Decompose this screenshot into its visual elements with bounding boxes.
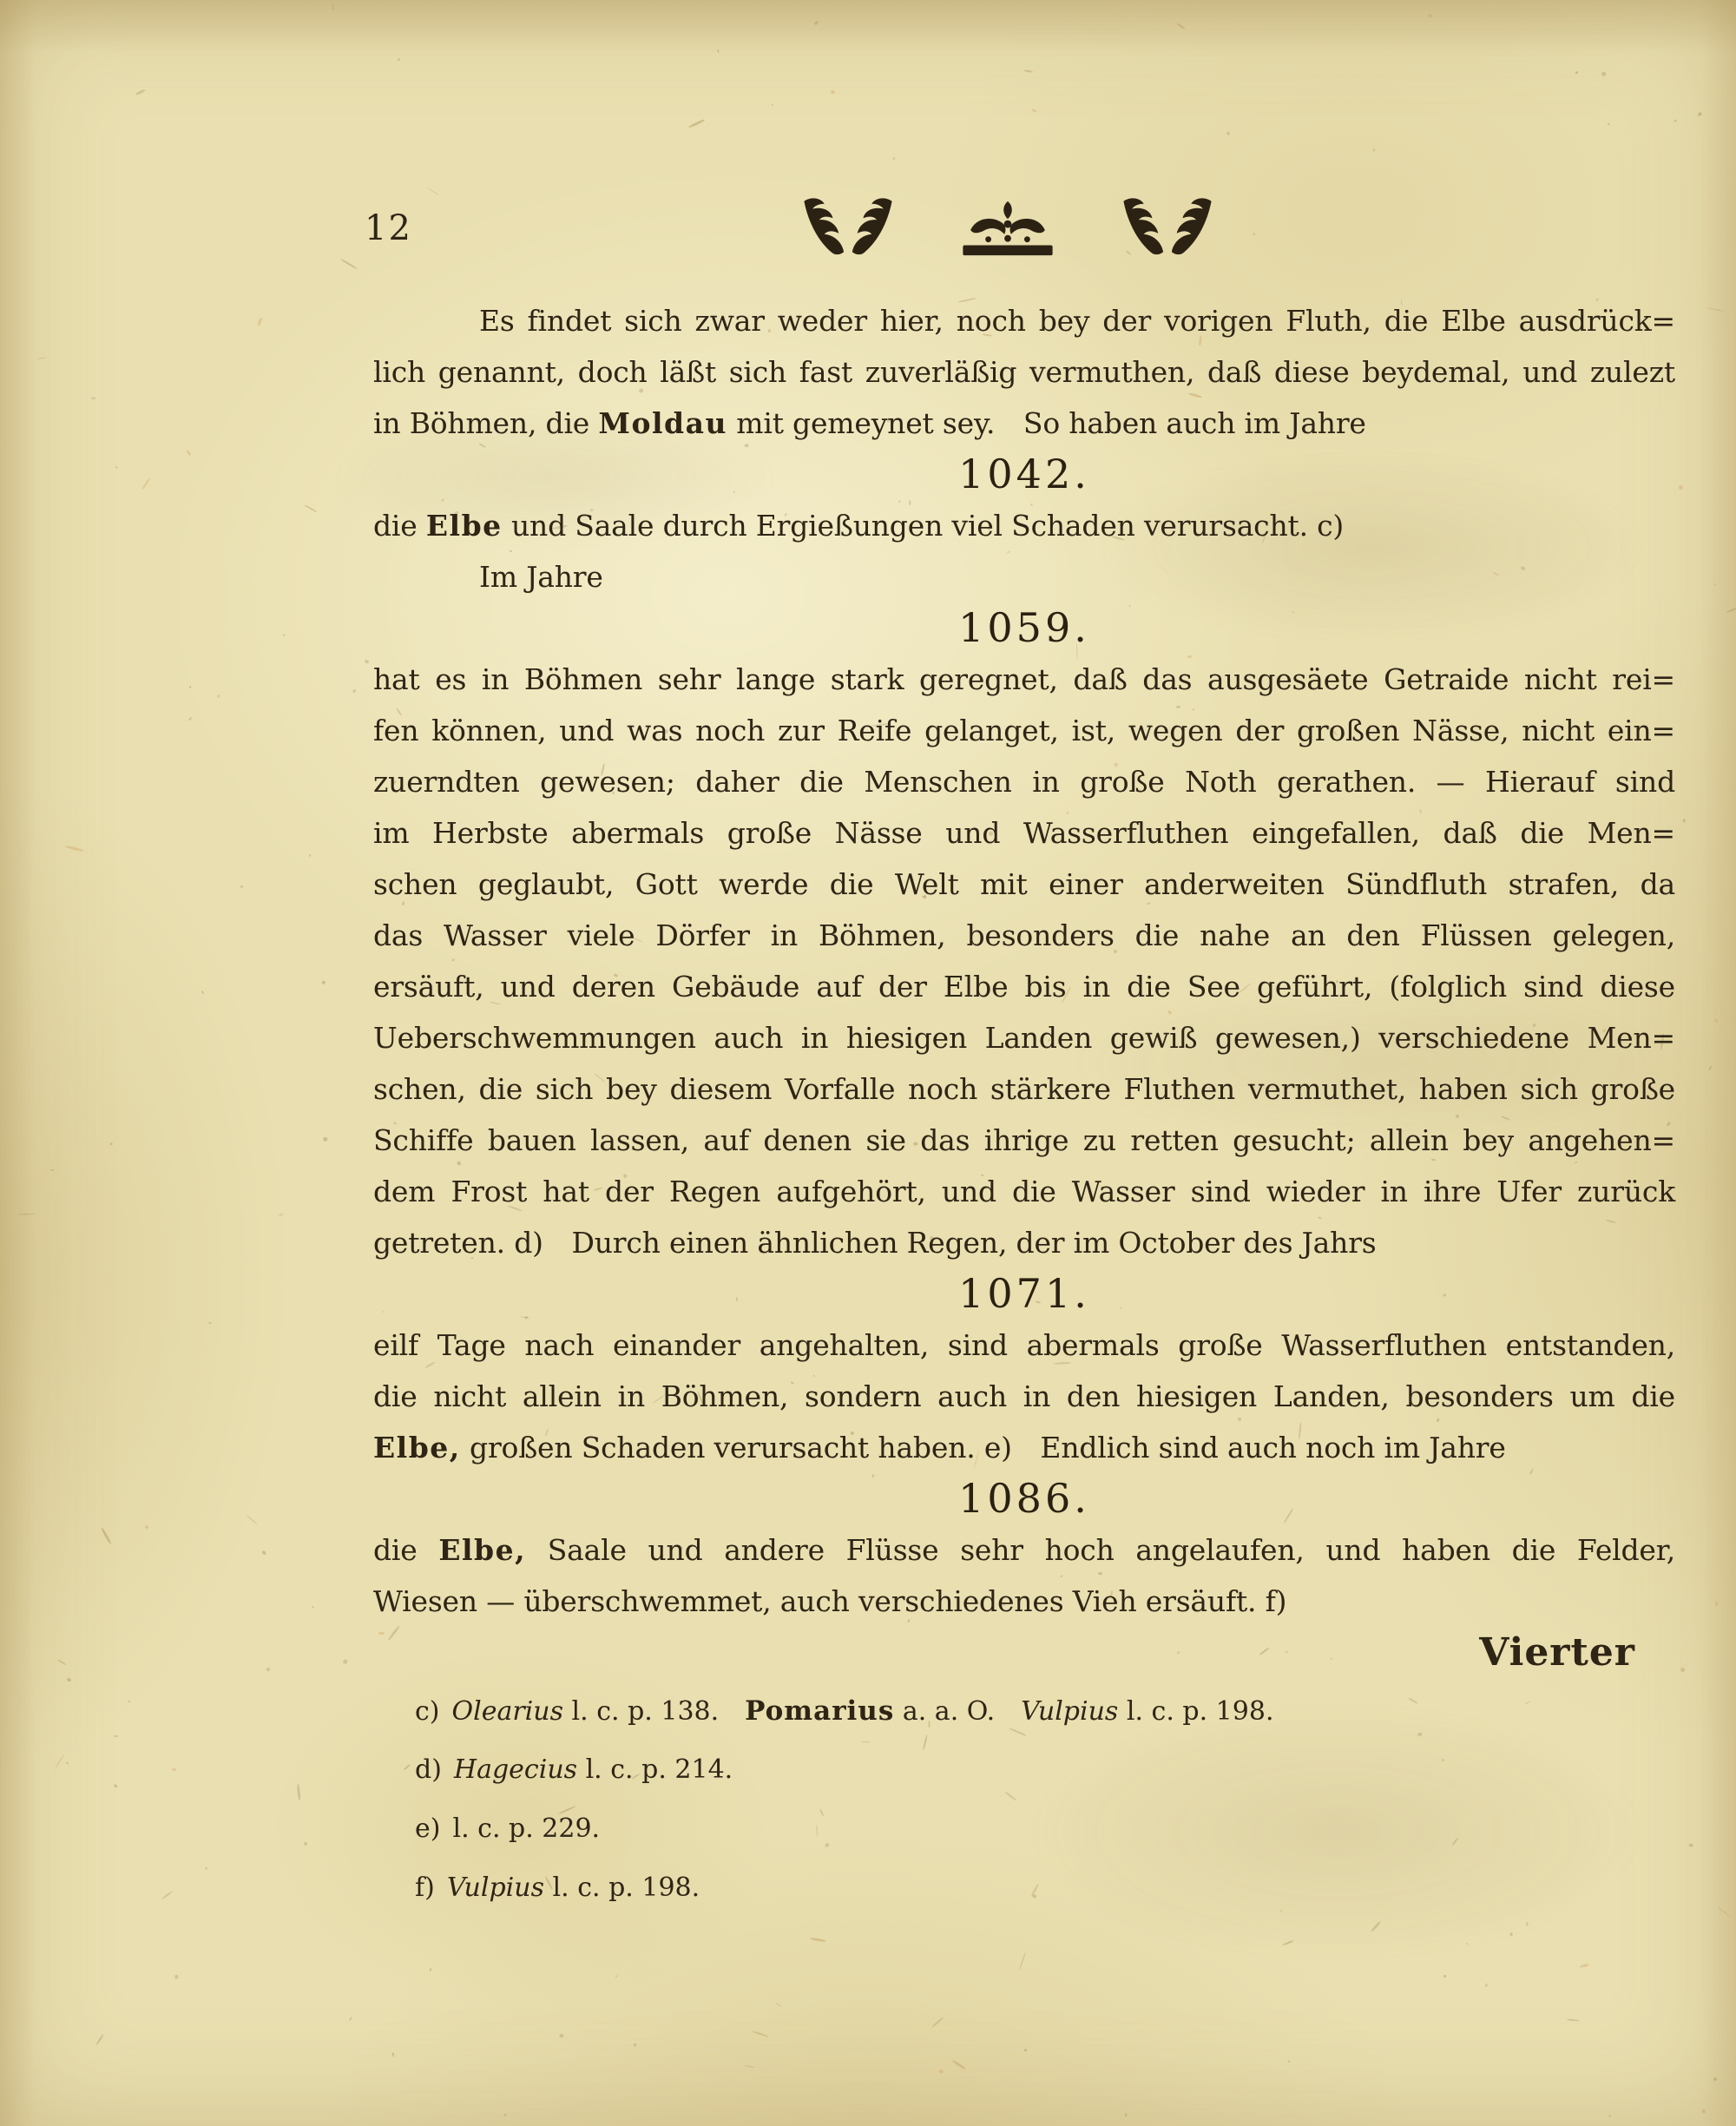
paper-fleck [892,157,894,160]
text-segment: die nicht allein in Böhmen, sondern auch… [373,1379,1675,1413]
paper-fleck [1032,109,1037,113]
text-segment: a. a. O. [894,1696,1021,1727]
text-segment: mit gemeynet sey. So haben auch im Jahre [727,406,1366,440]
paper-fleck [246,1515,257,1524]
paper-fleck [1371,1921,1381,1932]
text-segment: schen, die sich bey diesem Vorfalle noch… [373,1072,1675,1106]
text-segment: Elbe, [373,1431,461,1465]
paper-fleck [1018,1952,1025,1970]
paper-fleck [1287,2060,1291,2063]
paper-fleck [776,2002,782,2007]
year-heading: 1059. [373,602,1675,654]
paper-fleck [1702,2110,1706,2114]
paper-fleck [744,2065,755,2069]
paper-fleck [559,2034,563,2038]
paper-fleck [752,2031,768,2038]
paper-fleck [1466,1943,1469,1945]
paper-fleck [102,1528,113,1545]
paper-fleck [240,885,244,889]
paper-fleck [717,49,720,52]
paper-fleck [332,4,334,10]
paper-fleck [634,2044,638,2048]
text-segment: im Herbste abermals große Nässe und Wass… [373,816,1675,850]
text-segment: Es findet sich zwar weder hier, noch bey… [479,304,1675,338]
paper-fleck [135,89,146,95]
paper-fleck [1726,607,1736,613]
text-segment: Wiesen — überschwemmet, auch verschieden… [373,1584,1286,1618]
text-segment: Schiffe bauen lassen, auf denen sie das … [373,1123,1675,1157]
paper-fleck [1689,1844,1693,1847]
paper-fleck [266,1667,271,1671]
paper-fleck [174,1975,178,1979]
paper-fleck [304,1841,309,1846]
year-heading: 1071. [373,1268,1675,1320]
footnote-label: e) [415,1813,452,1844]
paper-fleck [831,89,836,94]
paper-fleck [952,2060,966,2070]
year-heading: 1086. [373,1473,1675,1524]
footnote-label: c) [415,1696,452,1727]
paper-fleck [1714,583,1717,586]
text-line: hat es in Böhmen sehr lange stark geregn… [373,654,1675,705]
footnote-label: d) [415,1754,454,1785]
text-segment: Vulpius [1021,1696,1118,1727]
footnote: e)l. c. p. 229. [415,1800,1675,1859]
paper-fleck [1607,123,1609,126]
paper-fleck [305,504,318,513]
text-segment: dem Frost hat der Regen aufgehört, und d… [373,1175,1675,1208]
paper-fleck [1707,307,1726,312]
paper-fleck [1226,131,1231,135]
paper-fleck [187,716,193,721]
fleuron-left-icon [797,196,899,259]
crown-ornament-icon [960,196,1055,260]
text-line: schen, die sich bey diesem Vorfalle noch… [373,1063,1675,1115]
paper-fleck [1608,2114,1612,2118]
paper-fleck [96,2034,104,2045]
text-line: die Elbe und Saale durch Ergießungen vie… [373,500,1675,551]
text-segment: Ueberschwemmungen auch in hiesigen Lande… [373,1021,1675,1055]
paper-fleck [201,991,204,995]
paper-fleck [309,854,311,857]
paper-fleck [1526,1921,1529,1925]
text-line: zuerndten gewesen; daher die Menschen in… [373,756,1675,807]
paper-fleck [340,259,358,270]
paper-fleck [141,477,151,490]
paper-fleck [1575,71,1579,75]
text-segment: fen können, und was noch zur Reife gelan… [373,714,1675,747]
text-segment: lich genannt, doch läßt sich fast zuverl… [373,355,1675,389]
text-line: lich genannt, doch läßt sich fast zuverl… [373,346,1675,398]
paper-fleck [282,634,286,636]
paper-fleck [1717,1906,1730,1917]
paper-fleck [938,2070,944,2075]
footnotes: c)Olearius l. c. p. 138. Pomarius a. a. … [373,1682,1675,1918]
text-segment: Hagecius [454,1754,577,1785]
paper-fleck [110,1142,114,1145]
text-segment: Vulpius [447,1873,544,1903]
paper-fleck [1372,148,1375,152]
text-line: ersäuft, und deren Gebäude auf der Elbe … [373,961,1675,1012]
paper-fleck [65,845,84,851]
text-segment: l. c. p. 138. [563,1696,745,1727]
paper-fleck [67,1678,72,1683]
text-line: in Böhmen, die Moldau mit gemeynet sey. … [373,398,1675,449]
paper-fleck [1713,2077,1718,2082]
footnote: c)Olearius l. c. p. 138. Pomarius a. a. … [415,1682,1675,1741]
text-line: Wiesen — überschwemmet, auch verschieden… [373,1576,1675,1627]
paper-fleck [1282,1940,1294,1946]
paper-fleck [322,1135,328,1142]
catchword: Vierter [373,1627,1675,1678]
text-line: dem Frost hat der Regen aufgehört, und d… [373,1166,1675,1217]
paper-fleck [186,450,191,456]
text-line: Ueberschwemmungen auch in hiesigen Lande… [373,1012,1675,1063]
text-segment: und Saale durch Ergießungen viel Schaden… [503,509,1344,543]
footnote: d)Hagecius l. c. p. 214. [415,1741,1675,1800]
paper-fleck [429,1968,431,1971]
text-segment: l. c. p. 214. [577,1754,733,1785]
paper-fleck [57,1659,67,1665]
text-line: eilf Tage nach einander angehalten, sind… [373,1320,1675,1371]
paper-fleck [128,1700,131,1702]
paper-fleck [1429,14,1433,18]
paper-fleck [1683,819,1686,823]
paper-fleck [205,1867,207,1870]
paper-fleck [1253,233,1255,234]
paper-fleck [814,21,819,26]
paper-fleck [114,1784,118,1788]
paper-fleck [1124,2113,1127,2117]
header-ornament [797,196,1219,264]
paper-fleck [1708,1065,1712,1070]
fleuron-right-icon [1116,196,1219,259]
paper-fleck [1601,71,1607,76]
text-segment: die [373,509,426,543]
text-line: schen geglaubt, Gott werde die Welt mit … [373,859,1675,910]
paper-fleck [1679,484,1685,490]
paper-fleck [771,103,773,106]
book-page: 12 Es [0,0,1736,2126]
text-line: Schiffe bauen lassen, auf denen sie das … [373,1115,1675,1166]
paper-fleck [115,465,118,469]
paper-fleck [503,2113,508,2116]
main-text: Es findet sich zwar weder hier, noch bey… [373,295,1675,1918]
text-segment: Elbe, [438,1533,526,1567]
paper-fleck [1714,1601,1719,1606]
text-segment: zuerndten gewesen; daher die Menschen in… [373,765,1675,799]
paper-fleck [426,188,439,195]
text-segment: ersäuft, und deren Gebäude auf der Elbe … [373,970,1675,1004]
text-segment: Olearius [452,1696,563,1727]
text-segment: hat es in Böhmen sehr lange stark geregn… [373,662,1675,696]
paper-fleck [50,1169,55,1172]
text-line: die nicht allein in Böhmen, sondern auch… [373,1371,1675,1422]
text-line: die Elbe, Saale und andere Flüsse sehr h… [373,1524,1675,1576]
text-segment: großen Schaden verursacht haben. e) Endl… [461,1431,1506,1465]
text-segment: l. c. p. 198. [544,1873,700,1903]
text-segment: die [373,1533,438,1567]
paper-fleck [1177,23,1186,30]
paper-fleck [54,1754,64,1769]
text-segment: schen geglaubt, Gott werde die Welt mit … [373,867,1675,901]
paper-fleck [364,659,369,664]
text-line: im Herbste abermals große Nässe und Wass… [373,807,1675,859]
paper-fleck [615,1975,618,1978]
paper-fleck [810,1938,826,1943]
text-segment: l. c. p. 198. [1118,1696,1273,1727]
paper-fleck [1567,2018,1579,2021]
paper-fleck [1714,1018,1719,1023]
text-line: Es findet sich zwar weder hier, noch bey… [373,295,1675,346]
footnote-label: f) [415,1873,447,1903]
text-segment: l. c. p. 229. [452,1813,600,1844]
text-segment: in Böhmen, die [373,406,598,440]
text-segment: das Wasser viele Dörfer in Böhmen, beson… [373,918,1675,952]
paper-fleck [36,357,46,359]
paper-fleck [1680,1667,1686,1673]
paper-fleck [261,1550,266,1556]
page-number: 12 [365,208,412,248]
paper-fleck [312,1605,314,1608]
paper-fleck [298,1784,301,1800]
paper-fleck [1023,69,1034,73]
paper-fleck [188,686,191,689]
paper-fleck [208,1321,213,1325]
paper-fleck [391,2052,394,2057]
paper-fleck [1674,120,1678,122]
text-segment: Pomarius [745,1695,894,1727]
paper-fleck [17,1214,34,1215]
year-heading: 1042. [373,449,1675,500]
paper-fleck [172,1768,176,1772]
text-line: das Wasser viele Dörfer in Böhmen, beson… [373,910,1675,961]
paper-fleck [217,694,220,698]
text-line: Elbe, großen Schaden verursacht haben. e… [373,1422,1675,1473]
paper-fleck [342,1659,348,1665]
text-segment: Moldau [598,406,727,440]
paper-fleck [1484,1984,1488,1988]
text-line: getreten. d) Durch einen ähnlichen Regen… [373,1217,1675,1268]
paper-fleck [279,1213,284,1217]
paper-fleck [931,2017,944,2028]
paper-fleck [1580,1964,1589,1968]
paper-fleck [1024,2048,1028,2051]
text-line: Im Jahre [373,551,1675,602]
footnote: f)Vulpius l. c. p. 198. [415,1859,1675,1918]
paper-fleck [65,1761,68,1764]
text-segment: getreten. d) Durch einen ähnlichen Regen… [373,1226,1377,1260]
paper-fleck [1510,1932,1513,1936]
paper-fleck [144,1524,149,1530]
paper-fleck [1697,111,1702,116]
text-segment: Im Jahre [479,560,603,594]
paper-fleck [257,317,262,326]
text-segment: eilf Tage nach einander angehalten, sind… [373,1328,1675,1362]
body-paragraphs: Es findet sich zwar weder hier, noch bey… [373,295,1675,1627]
paper-fleck [113,1735,117,1737]
paper-fleck [321,980,325,984]
paper-fleck [90,398,95,399]
paper-fleck [348,2017,352,2021]
text-segment: Elbe [426,509,503,543]
paper-fleck [688,119,705,128]
paper-fleck [398,57,401,61]
paper-fleck [352,688,357,693]
paper-fleck [161,1891,173,1900]
text-line: fen können, und was noch zur Reife gelan… [373,705,1675,756]
text-segment: Saale und andere Flüsse sehr hoch angela… [526,1533,1675,1567]
paper-fleck [1443,1975,1446,1978]
